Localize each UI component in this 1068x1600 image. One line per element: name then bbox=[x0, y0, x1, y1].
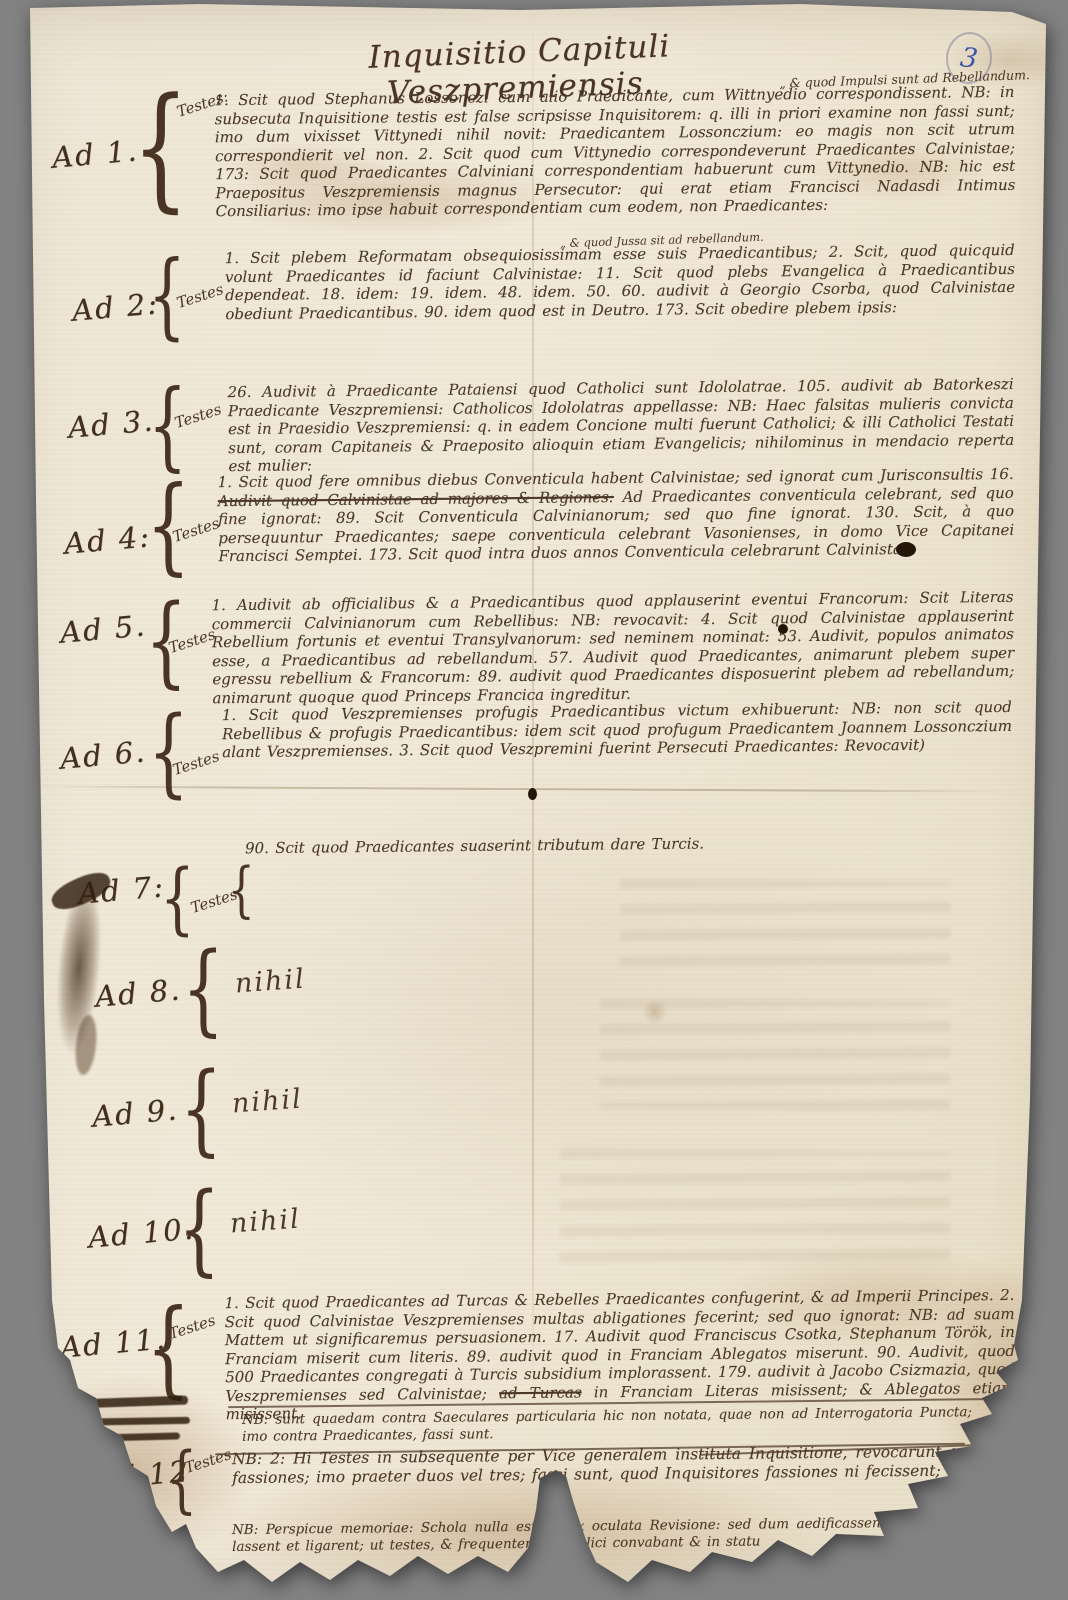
entry-ad-12: Ad 12 { Testes NB: 2: Hi Testes in subse… bbox=[0, 1440, 1068, 1600]
entry-text: 1. Scit quod Stephanus Lossonczi cum ali… bbox=[214, 83, 1015, 221]
ink-blot bbox=[778, 624, 788, 634]
struck-text: ad Turcas bbox=[499, 1383, 582, 1402]
entry-ad-10: Ad 10. { nihil bbox=[0, 1180, 1068, 1290]
entry-text: 1. Scit quod Veszpremienses profugis Pra… bbox=[222, 698, 1013, 762]
entry-ad-7: Ad 7: { Testes { 90. Scit quod Praedican… bbox=[0, 828, 1068, 928]
entry-ad-3: Ad 3. { Testes 26. Audivit à Praedicante… bbox=[0, 375, 1068, 475]
curly-brace-icon: { bbox=[148, 704, 189, 801]
manuscript-page: Inquisitio Capituli Veszpremiensis. 3 „ … bbox=[0, 0, 1068, 1600]
entry-label: Ad 6. bbox=[59, 734, 148, 775]
entry-label: Ad 8. bbox=[94, 972, 183, 1013]
entry-text: 1. Scit plebem Reformatam obsequiosissim… bbox=[225, 241, 1016, 323]
entry-ad-2: „ & quod Jussa sit ad rebellandum. Ad 2:… bbox=[0, 235, 1068, 335]
manuscript-scan: Inquisitio Capituli Veszpremiensis. 3 „ … bbox=[0, 0, 1068, 1600]
nihil-text: nihil bbox=[231, 1084, 304, 1120]
entry-text: 26. Audivit à Praedicante Pataiensi quod… bbox=[228, 375, 1015, 476]
curly-brace-icon: { bbox=[228, 860, 255, 920]
entry-label: Ad 2: bbox=[71, 286, 161, 327]
entry-ad-9: Ad 9. { nihil bbox=[0, 1060, 1068, 1170]
curly-brace-icon: { bbox=[166, 1442, 197, 1516]
entry-ad-5: Ad 5. { Testes 1. Audivit ab officialibu… bbox=[0, 590, 1068, 700]
entry-label: Ad 3. bbox=[67, 403, 156, 444]
entry-label: Ad 9. bbox=[91, 1092, 180, 1133]
entry-ad-8: Ad 8. { nihil bbox=[0, 940, 1068, 1050]
entry-label: Ad 4: bbox=[63, 519, 153, 560]
entry-ad-1: Ad 1. { Testes: 1. Scit quod Stephanus L… bbox=[0, 85, 1068, 225]
entry-label: Ad 5. bbox=[59, 608, 148, 649]
entry-text: NB: Perspicue memoriae: Schola nulla est… bbox=[232, 1514, 992, 1556]
nihil-text: nihil bbox=[234, 964, 307, 1000]
entry-ad-4: Ad 4: { Testes 1. Scit quod fere omnibus… bbox=[0, 465, 1068, 585]
cancellation-scribble bbox=[58, 1432, 180, 1442]
entry-text: NB: 2: Hi Testes in subsequente per Vice… bbox=[232, 1442, 1012, 1487]
curly-brace-icon: { bbox=[180, 1060, 222, 1160]
paper-shadow: Inquisitio Capituli Veszpremiensis. 3 „ … bbox=[0, 0, 1068, 1600]
nihil-text: nihil bbox=[229, 1204, 302, 1240]
curly-brace-icon: { bbox=[178, 1180, 220, 1280]
curly-brace-icon: { bbox=[146, 1296, 191, 1401]
ink-blot bbox=[528, 788, 537, 800]
entry-ad-11: Ad 11. { Testes 1. Scit quod Praedicante… bbox=[0, 1288, 1068, 1413]
entry-text: 1. Scit quod fere omnibus diebus Convent… bbox=[218, 465, 1015, 566]
entry-label: Ad 1. bbox=[51, 133, 140, 174]
ink-blot bbox=[896, 542, 916, 557]
entry-text: 1. Audivit ab officialibus & a Praedican… bbox=[211, 588, 1014, 707]
x-mark-icon bbox=[982, 1424, 1008, 1450]
curly-brace-icon: { bbox=[182, 940, 224, 1040]
entry-text: 90. Scit quod Praedicantes suaserint tri… bbox=[245, 833, 865, 858]
